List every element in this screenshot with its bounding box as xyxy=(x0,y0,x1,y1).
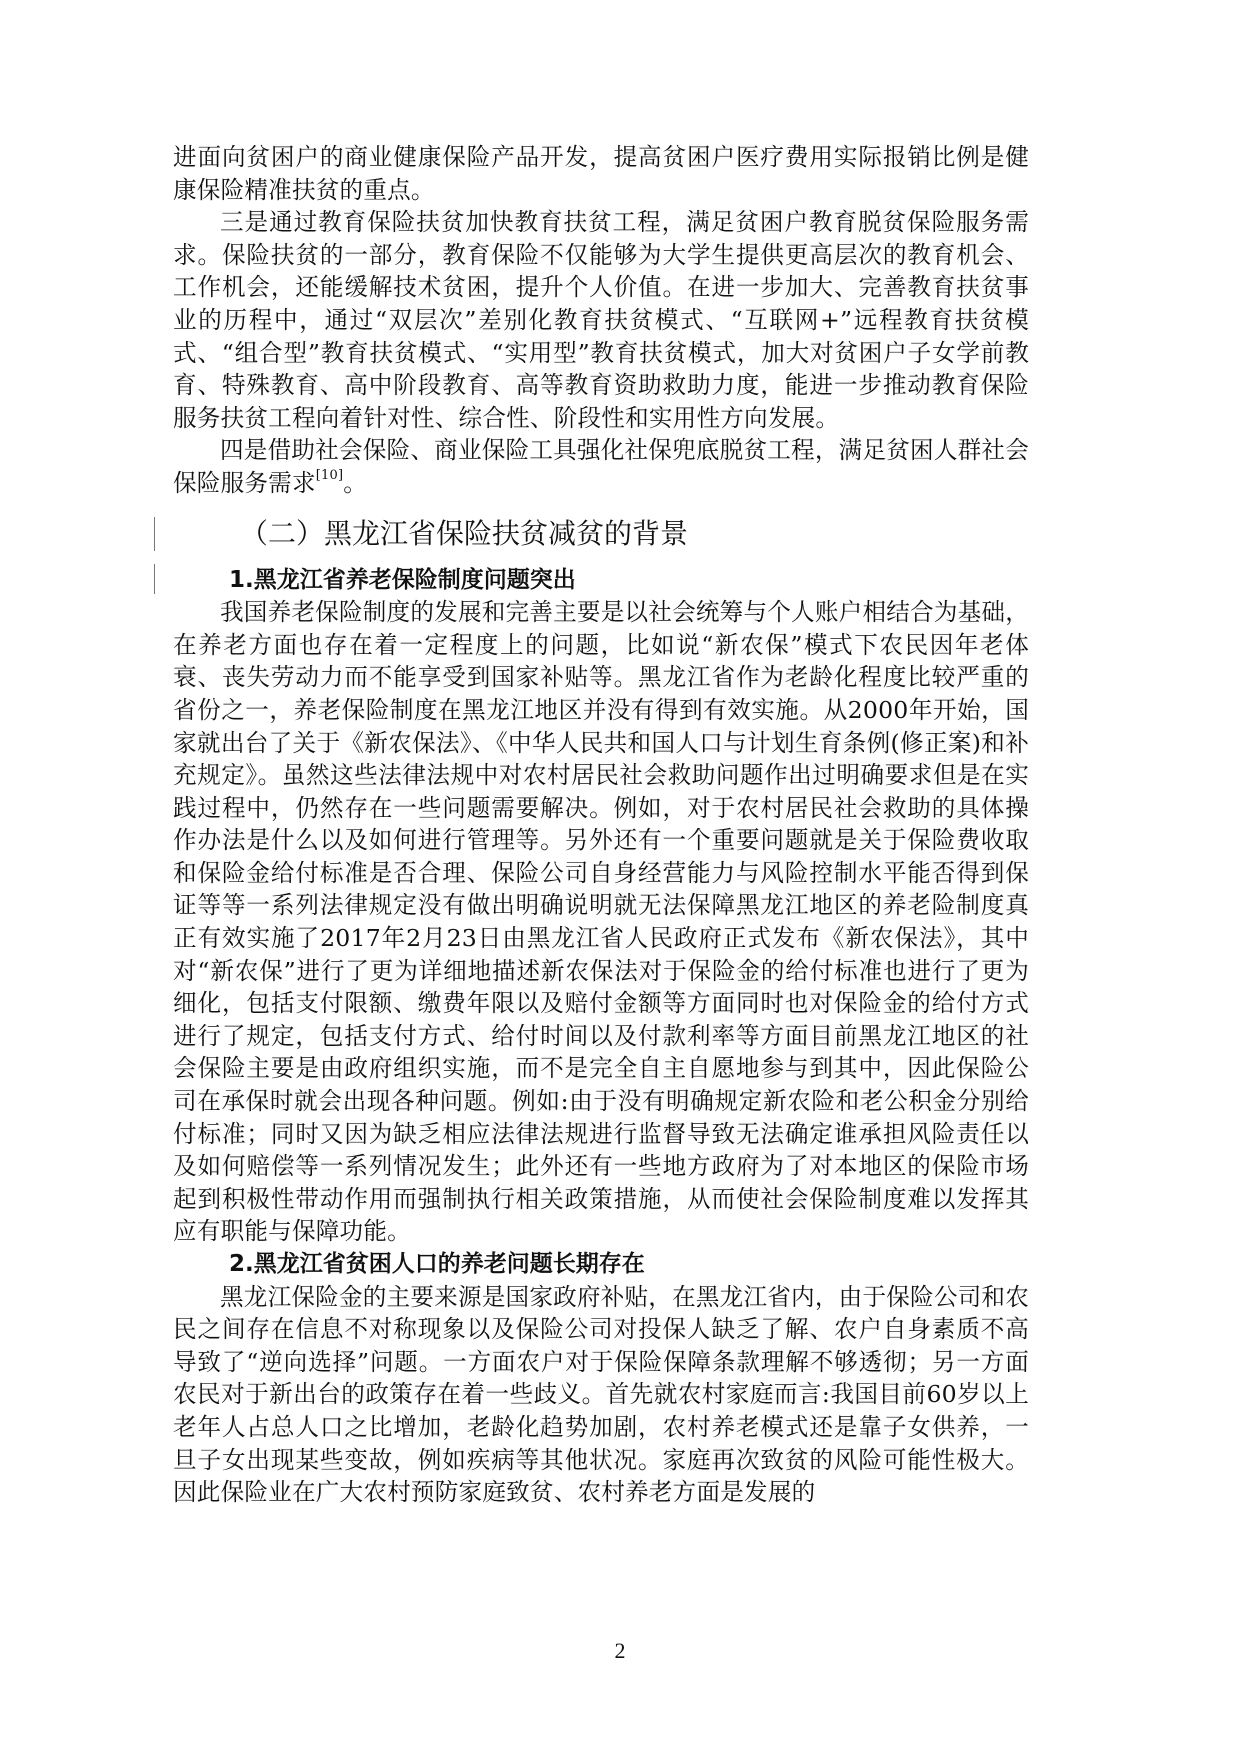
paragraph-education-insurance: 三是通过教育保险扶贫加快教育扶贫工程，满足贫困户教育脱贫保险服务需求。保险扶贫的… xyxy=(173,206,1029,434)
paragraph-pension-system: 我国养老保险制度的发展和完善主要是以社会统筹与个人账户相结合为基础，在养老方面也… xyxy=(173,596,1029,1248)
paragraph-social-insurance: 四是借助社会保险、商业保险工具强化社保兜底脱贫工程，满足贫困人群社会保险服务需求… xyxy=(173,434,1029,499)
citation-ref[interactable]: [10] xyxy=(316,468,344,483)
paragraph-poverty-pension: 黑龙江保险金的主要来源是国家政府补贴，在黑龙江省内，由于保险公司和农民之间存在信… xyxy=(173,1281,1029,1509)
subsection-heading-1-text: 1.黑龙江省养老保险制度问题突出 xyxy=(229,567,576,593)
subsection-heading-1: 1.黑龙江省养老保险制度问题突出 xyxy=(173,564,1029,597)
page-number: 2 xyxy=(0,1638,1240,1664)
section-heading-text: （二）黑龙江省保险扶贫减贫的背景 xyxy=(240,517,688,550)
section-heading: （二）黑龙江省保险扶贫减贫的背景 xyxy=(173,514,1029,554)
paragraph-health-insurance-end: 进面向贫困户的商业健康保险产品开发，提高贫困户医疗费用实际报销比例是健康保险精准… xyxy=(173,141,1029,206)
paragraph-social-insurance-tail: 。 xyxy=(343,469,367,497)
change-bar xyxy=(154,564,155,594)
subsection-heading-2: 2.黑龙江省贫困人口的养老问题长期存在 xyxy=(173,1248,1029,1281)
document-page: 进面向贫困户的商业健康保险产品开发，提高贫困户医疗费用实际报销比例是健康保险精准… xyxy=(173,141,1029,1509)
paragraph-social-insurance-text: 四是借助社会保险、商业保险工具强化社保兜底脱贫工程，满足贫困人群社会保险服务需求 xyxy=(173,436,1029,497)
change-bar xyxy=(154,517,155,551)
